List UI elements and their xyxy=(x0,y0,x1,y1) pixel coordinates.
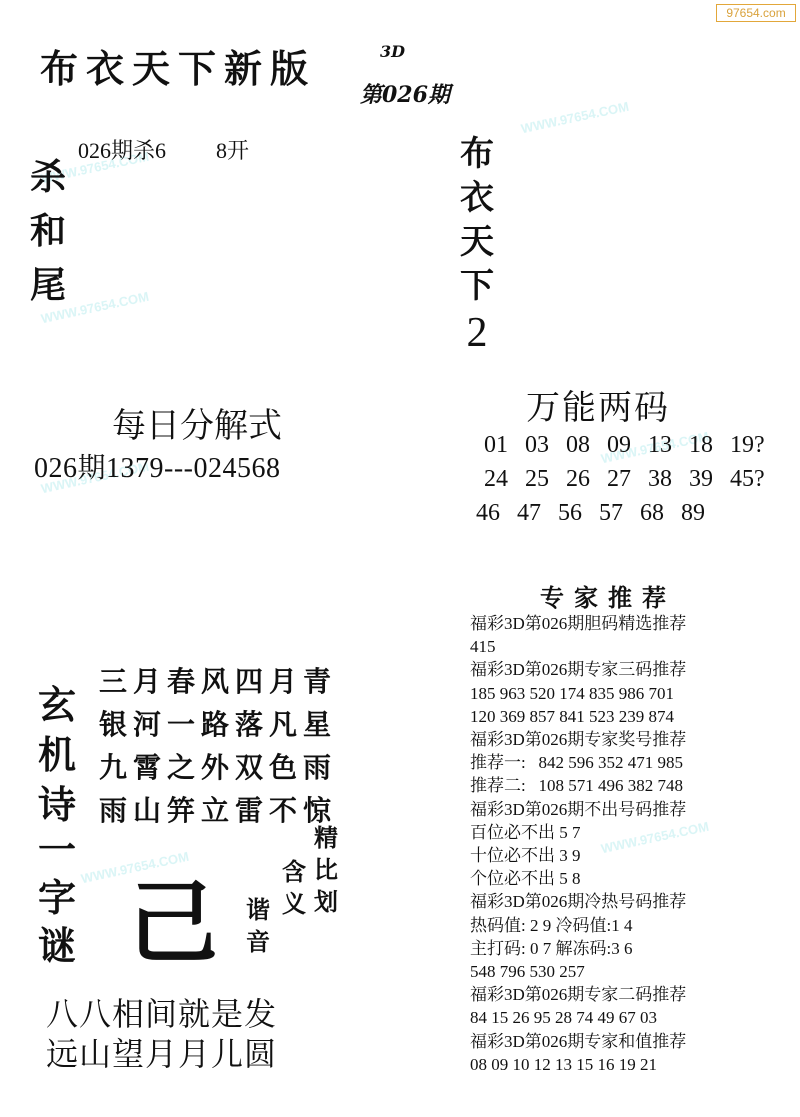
expert-line: 主打码: 0 7 解冻码:3 6 xyxy=(470,937,790,960)
poem-char: 雨 xyxy=(96,789,130,832)
vertical-char: 比 xyxy=(314,854,338,886)
number-cell: 56 xyxy=(558,496,599,530)
vertical-char: 天 xyxy=(460,220,494,264)
expert-line: 84 15 26 95 28 74 49 67 03 xyxy=(470,1006,790,1029)
expert-line: 福彩3D第026期专家二码推荐 xyxy=(470,983,790,1006)
riddle-hint-sound: 谐 音 xyxy=(246,894,270,958)
riddle-character: 己 xyxy=(128,850,218,980)
number-cell: 25 xyxy=(525,462,566,496)
poem-char: 月 xyxy=(266,660,300,703)
poem-char: 一 xyxy=(164,703,198,746)
poem-char: 双 xyxy=(232,746,266,789)
expert-line: 推荐一: 842 596 352 471 985 xyxy=(470,751,790,774)
decompose-line: 026期1379---024568 xyxy=(34,446,280,486)
number-row: 46 47 56 57 68 89 xyxy=(476,496,786,530)
vertical-char: 玄 xyxy=(38,680,76,730)
poem-char: 春 xyxy=(164,660,198,703)
vertical-char: 谜 xyxy=(38,922,76,970)
poem-char: 九 xyxy=(96,746,130,789)
poem-char: 笄 xyxy=(164,789,198,832)
buyi-number: 2 xyxy=(467,308,488,358)
number-row: 01 03 08 09 13 18 19? xyxy=(484,428,786,462)
number-cell: 89 xyxy=(681,496,722,530)
number-cell: 01 xyxy=(484,428,525,462)
poem-char: 色 xyxy=(266,746,300,789)
poem-char: 凡 xyxy=(266,703,300,746)
number-cell: 13 xyxy=(648,428,689,462)
vertical-char: 机 xyxy=(38,730,76,780)
poem-grid: 三 月 春 风 四 月 青 银 河 一 路 落 凡 星 九 霄 之 外 双 色 … xyxy=(96,660,334,832)
vertical-char: 字 xyxy=(38,874,76,922)
issue-label: 第026期 xyxy=(360,78,450,109)
kill-line: 026期杀68开 xyxy=(78,134,249,165)
site-badge[interactable]: 97654.com xyxy=(716,4,796,22)
verse-line: 远山望月月儿圆 xyxy=(46,1034,277,1074)
number-cell: 57 xyxy=(599,496,640,530)
expert-line: 福彩3D第026期不出号码推荐 xyxy=(470,798,790,821)
number-cell: 39 xyxy=(689,462,730,496)
vertical-char: 一 xyxy=(38,826,76,874)
expert-line: 415 xyxy=(470,635,790,658)
vertical-char: 含 xyxy=(282,856,306,888)
expert-line: 热码值: 2 9 冷码值:1 4 xyxy=(470,914,790,937)
number-cell: 18 xyxy=(689,428,730,462)
expert-line: 185 963 520 174 835 986 701 xyxy=(470,682,790,705)
kill-line-a: 026期杀6 xyxy=(78,138,166,163)
number-cell: 38 xyxy=(648,462,689,496)
vertical-char: 谐 xyxy=(246,894,270,926)
poem-char: 不 xyxy=(266,789,300,832)
poem-char: 之 xyxy=(164,746,198,789)
vertical-char: 下 xyxy=(460,264,494,308)
poem-row: 银 河 一 路 落 凡 星 xyxy=(96,703,334,746)
universal-two-grid: 01 03 08 09 13 18 19? 24 25 26 27 38 39 … xyxy=(476,428,786,530)
page-title: 布衣天下新版 xyxy=(40,38,316,93)
poem-char: 风 xyxy=(198,660,232,703)
expert-line: 548 796 530 257 xyxy=(470,960,790,983)
number-cell: 03 xyxy=(525,428,566,462)
expert-line: 福彩3D第026期冷热号码推荐 xyxy=(470,890,790,913)
poem-char: 雷 xyxy=(232,789,266,832)
expert-title: 专家推荐 xyxy=(540,578,676,613)
number-cell: 24 xyxy=(484,462,525,496)
number-cell: 45? xyxy=(730,462,771,496)
expert-line: 120 369 857 841 523 239 874 xyxy=(470,705,790,728)
verse: 八八相间就是发 远山望月月儿圆 xyxy=(46,994,277,1074)
expert-line: 08 09 10 12 13 15 16 19 21 xyxy=(470,1053,790,1076)
background-watermark: WWW.97654.COM xyxy=(520,99,631,137)
vertical-char: 音 xyxy=(246,926,270,958)
riddle-side-label: 一 字 谜 xyxy=(38,826,76,970)
poem-char: 四 xyxy=(232,660,266,703)
poem-char: 三 xyxy=(96,660,130,703)
kill-tail-vertical: 杀 和 尾 xyxy=(30,150,66,312)
vertical-char: 衣 xyxy=(460,176,494,220)
vertical-char: 诗 xyxy=(38,780,76,830)
expert-line: 个位必不出 5 8 xyxy=(470,867,790,890)
poem-char: 外 xyxy=(198,746,232,789)
number-cell: 46 xyxy=(476,496,517,530)
expert-list: 福彩3D第026期胆码精选推荐 415 福彩3D第026期专家三码推荐 185 … xyxy=(470,612,790,1076)
poem-row: 三 月 春 风 四 月 青 xyxy=(96,660,334,703)
universal-two-title: 万能两码 xyxy=(526,380,670,429)
poem-char: 青 xyxy=(300,660,334,703)
riddle-hint-meaning: 含 义 xyxy=(282,856,306,920)
buyi-vertical: 布 衣 天 下 2 xyxy=(460,132,494,358)
number-cell: 08 xyxy=(566,428,607,462)
vertical-char: 尾 xyxy=(30,258,66,312)
poem-char: 山 xyxy=(130,789,164,832)
vertical-char: 布 xyxy=(460,132,494,176)
poem-char: 霄 xyxy=(130,746,164,789)
expert-line: 推荐二: 108 571 496 382 748 xyxy=(470,774,790,797)
vertical-char: 划 xyxy=(314,886,338,918)
expert-line: 福彩3D第026期胆码精选推荐 xyxy=(470,612,790,635)
number-cell: 26 xyxy=(566,462,607,496)
poem-char: 落 xyxy=(232,703,266,746)
expert-line: 百位必不出 5 7 xyxy=(470,821,790,844)
number-cell: 47 xyxy=(517,496,558,530)
vertical-char: 义 xyxy=(282,888,306,920)
poem-char: 河 xyxy=(130,703,164,746)
expert-line: 福彩3D第026期专家三码推荐 xyxy=(470,658,790,681)
decompose-title: 每日分解式 xyxy=(112,398,282,447)
poem-char: 银 xyxy=(96,703,130,746)
poem-char: 星 xyxy=(300,703,334,746)
expert-line: 福彩3D第026期专家和值推荐 xyxy=(470,1030,790,1053)
vertical-char: 杀 xyxy=(30,150,66,204)
number-row: 24 25 26 27 38 39 45? xyxy=(484,462,786,496)
number-cell: 19? xyxy=(730,428,771,462)
poem-char: 雨 xyxy=(300,746,334,789)
number-cell: 68 xyxy=(640,496,681,530)
poem-char: 路 xyxy=(198,703,232,746)
number-cell: 09 xyxy=(607,428,648,462)
number-cell: 27 xyxy=(607,462,648,496)
expert-line: 十位必不出 3 9 xyxy=(470,844,790,867)
game-label: 3D xyxy=(380,42,405,61)
verse-line: 八八相间就是发 xyxy=(46,994,277,1034)
poem-row: 雨 山 笄 立 雷 不 惊 xyxy=(96,789,334,832)
poem-side-label: 玄 机 诗 xyxy=(38,680,76,830)
expert-line: 福彩3D第026期专家奖号推荐 xyxy=(470,728,790,751)
poem-char: 立 xyxy=(198,789,232,832)
kill-line-b: 8开 xyxy=(216,138,249,163)
vertical-char: 精 xyxy=(314,822,338,854)
riddle-hint-stroke: 精 比 划 xyxy=(314,822,338,918)
vertical-char: 和 xyxy=(30,204,66,258)
poem-char: 月 xyxy=(130,660,164,703)
poem-row: 九 霄 之 外 双 色 雨 xyxy=(96,746,334,789)
